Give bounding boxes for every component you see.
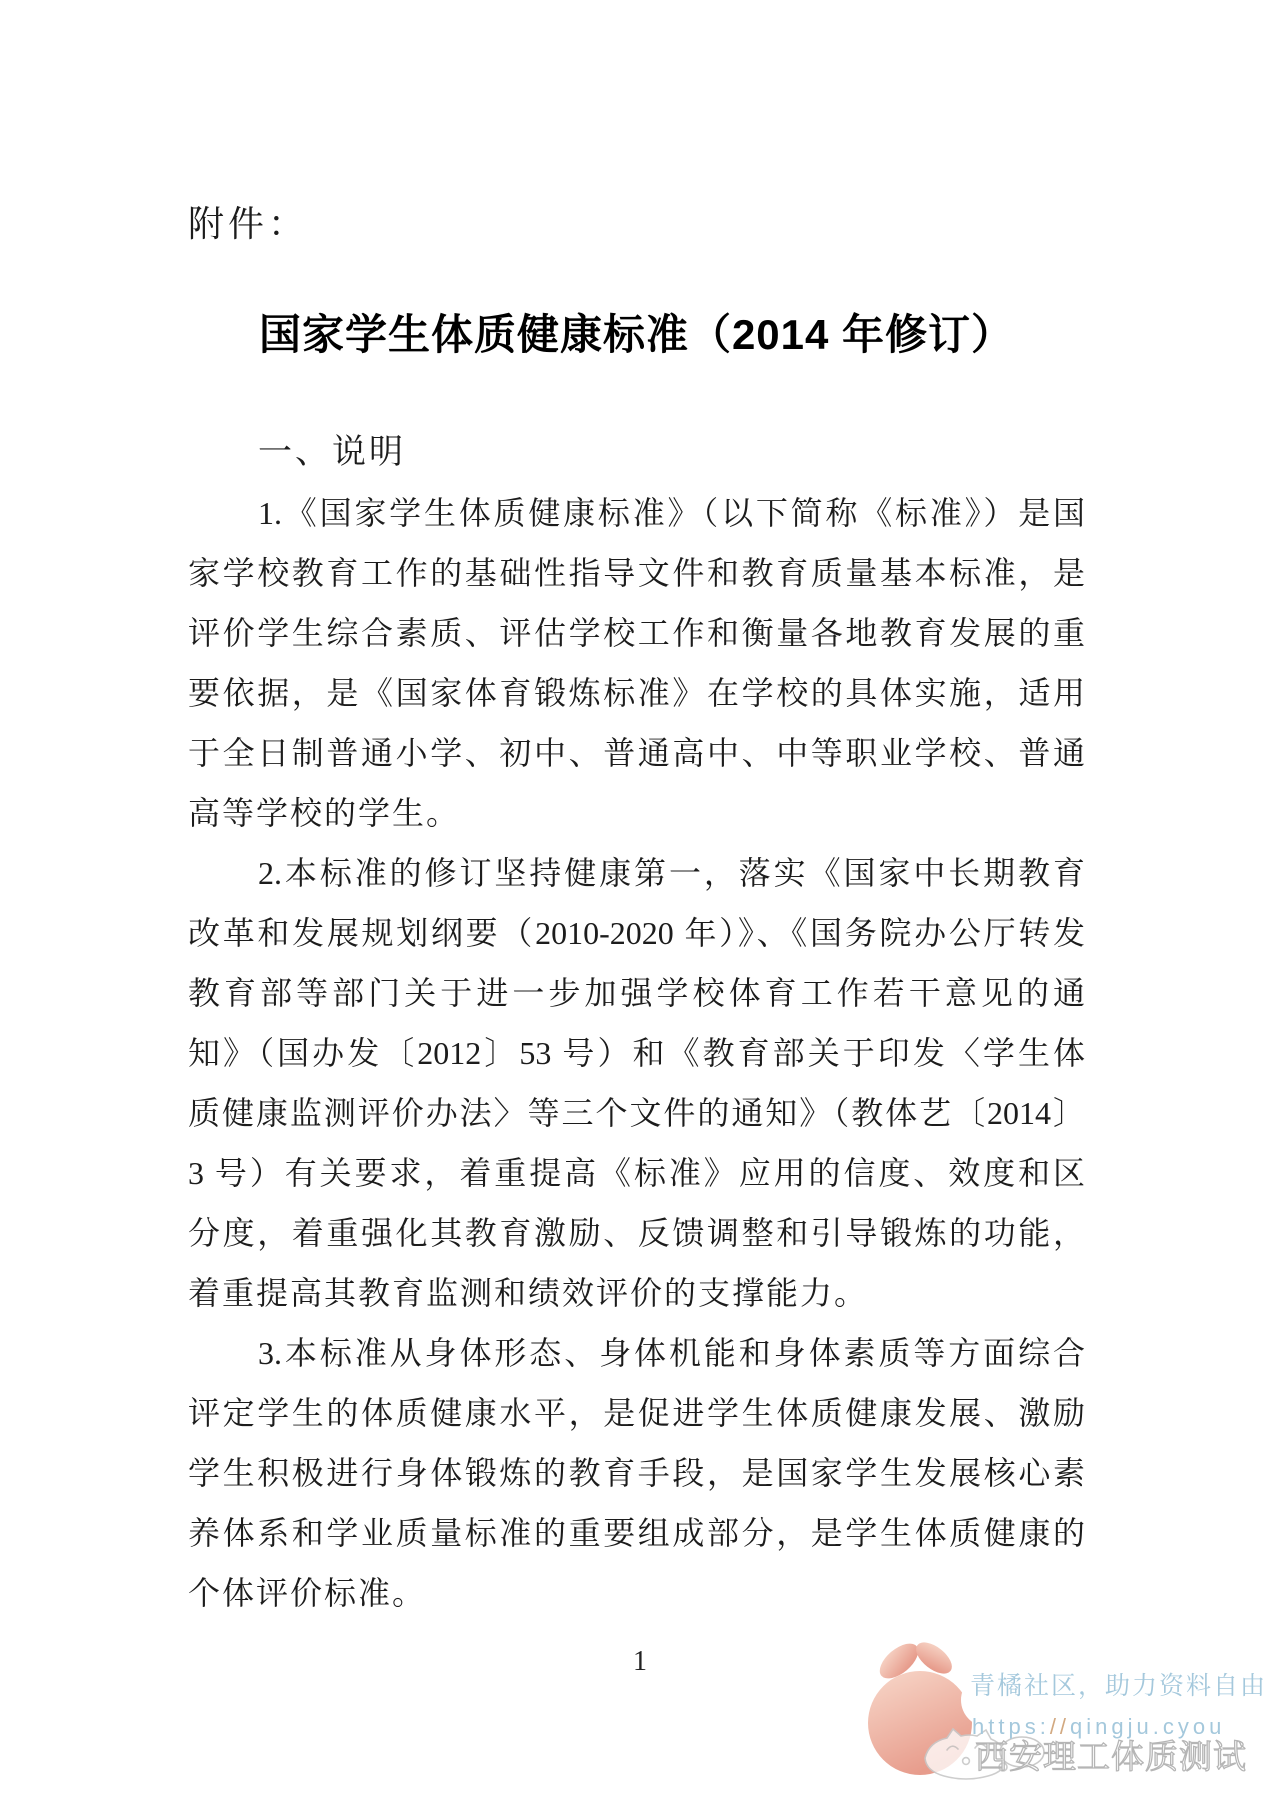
page-number: 1: [0, 1646, 1280, 1678]
body-line: 学生积极进行身体锻炼的教育手段，是国家学生发展核心素: [188, 1443, 1085, 1503]
attachment-label: 附件：: [188, 196, 308, 247]
body-line: 于全日制普通小学、初中、普通高中、中等职业学校、普通: [188, 723, 1085, 783]
body-line: 养体系和学业质量标准的重要组成部分，是学生体质健康的: [188, 1503, 1085, 1563]
body-line: 着重提高其教育监测和绩效评价的支撑能力。: [188, 1263, 1085, 1323]
body-paragraphs: 1.《国家学生体质健康标准》（以下简称《标准》）是国家学校教育工作的基础性指导文…: [188, 483, 1085, 1623]
body-line: 教育部等部门关于进一步加强学校体育工作若干意见的通: [188, 963, 1085, 1023]
body-line: 质健康监测评价办法〉等三个文件的通知》（教体艺〔2014〕: [188, 1083, 1085, 1143]
body-line: 家学校教育工作的基础性指导文件和教育质量基本标准，是: [188, 543, 1085, 603]
peach-bite: [961, 1673, 1015, 1727]
url-domain: qingju.cyou: [1070, 1714, 1225, 1739]
body-line: 1.《国家学生体质健康标准》（以下简称《标准》）是国: [188, 483, 1085, 543]
body-line: 评定学生的体质健康水平，是促进学生体质健康发展、激励: [188, 1383, 1085, 1443]
body-line: 知》（国办发〔2012〕53 号）和《教育部关于印发〈学生体: [188, 1023, 1085, 1083]
document-page: 附件： 国家学生体质健康标准（2014 年修订） 一、说明 1.《国家学生体质健…: [0, 0, 1280, 1810]
section-heading: 一、说明: [188, 423, 1085, 483]
body-line: 分度，着重强化其教育激励、反馈调整和引导锻炼的功能，: [188, 1203, 1085, 1263]
speech-bubble-icon: [999, 1737, 1044, 1771]
body-line: 要依据，是《国家体育锻炼标准》在学校的具体实施，适用: [188, 663, 1085, 723]
document-body: 一、说明 1.《国家学生体质健康标准》（以下简称《标准》）是国家学校教育工作的基…: [188, 423, 1085, 1623]
body-line: 改革和发展规划纲要（2010-2020 年）》、《国务院办公厅转发: [188, 903, 1085, 963]
body-line: 3 号）有关要求，着重提高《标准》应用的信度、效度和区: [188, 1143, 1085, 1203]
url-slashes: //: [1050, 1714, 1070, 1739]
body-line: 评价学生综合素质、评估学校工作和衡量各地教育发展的重: [188, 603, 1085, 663]
cat-face-icon: [925, 1729, 1006, 1779]
url-scheme: https:: [972, 1714, 1050, 1739]
body-line: 3.本标准从身体形态、身体机能和身体素质等方面综合: [188, 1323, 1085, 1383]
watermark-url: https://qingju.cyou: [972, 1714, 1225, 1740]
peach-body: [868, 1671, 972, 1775]
page-title: 国家学生体质健康标准（2014 年修订）: [188, 302, 1085, 362]
body-line: 个体评价标准。: [188, 1563, 1085, 1623]
watermark-stamp: 西安理工体质测试: [975, 1731, 1247, 1778]
body-line: 高等学校的学生。: [188, 783, 1085, 843]
body-line: 2.本标准的修订坚持健康第一，落实《国家中长期教育: [188, 843, 1085, 903]
